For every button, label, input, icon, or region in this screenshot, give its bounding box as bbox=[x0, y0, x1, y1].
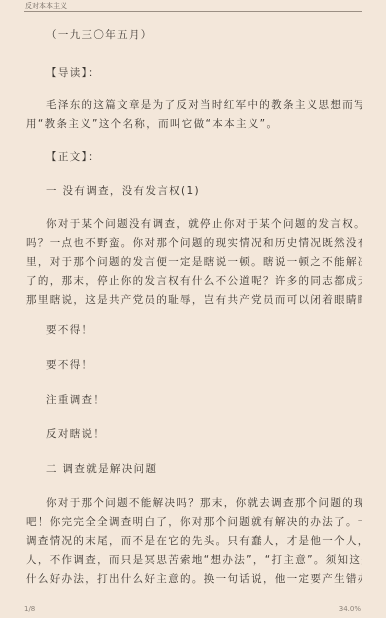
chapter-title: 反对本本主义 bbox=[25, 2, 67, 10]
section-1-paragraph: 你对于某个问题没有调查，就停止你对于某个问题的发言权。这不太野蛮了 吗？一点也不… bbox=[26, 215, 362, 310]
body-heading: 【正文】： bbox=[26, 148, 362, 167]
exclamation-2: 要不得！ bbox=[26, 356, 362, 375]
article-date: （一九三〇年五月） bbox=[26, 26, 362, 45]
section-2-title: 二 调查就是解决问题 bbox=[26, 460, 362, 479]
section-2-paragraph: 你对于那个问题不能解决吗？那末，你就去调查那个问题的现状和它的历史 吧！你完完全… bbox=[26, 494, 362, 589]
reading-progress: 34.0% bbox=[339, 605, 361, 613]
guide-paragraph: 毛泽东的这篇文章是为了反对当时红军中的教条主义思想而写的。那时没有 用“教条主义… bbox=[26, 96, 362, 134]
reader-header: 反对本本主义 bbox=[24, 0, 362, 12]
section-1-title: 一 没有调查，没有发言权(1) bbox=[26, 182, 362, 201]
guide-heading: 【导读】： bbox=[26, 64, 362, 83]
exclamation-3: 注重调查！ bbox=[26, 391, 362, 410]
page-indicator: 1/8 bbox=[24, 605, 35, 613]
exclamation-1: 要不得！ bbox=[26, 321, 362, 340]
exclamation-4: 反对瞎说！ bbox=[26, 425, 362, 444]
